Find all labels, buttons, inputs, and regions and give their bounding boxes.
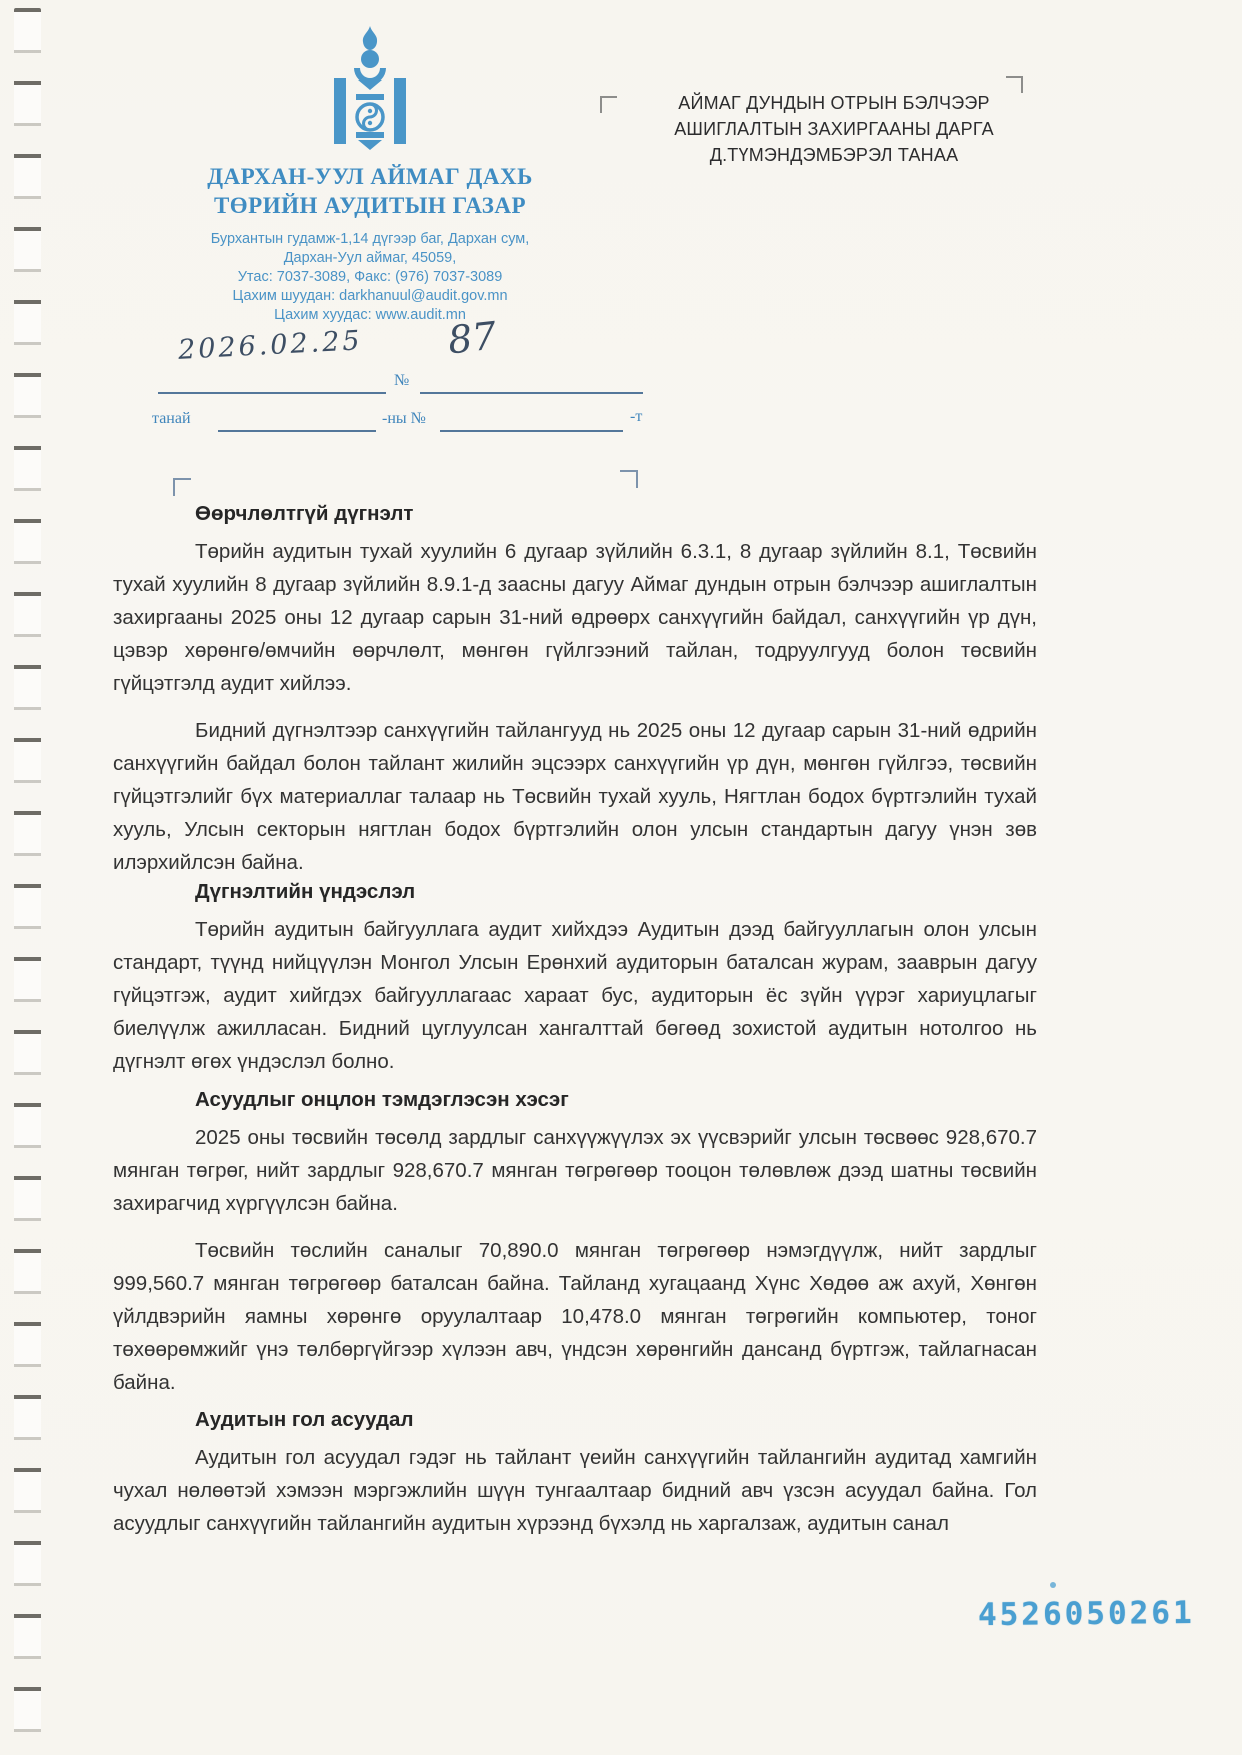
recipient-block: АЙМАГ ДУНДЫН ОТРЫН БЭЛЧЭЭР АШИГЛАЛТЫН ЗА…: [648, 90, 1020, 168]
handwritten-date: 2026.02.25: [177, 325, 363, 366]
org-name: ДАРХАН-УУЛ АЙМАГ ДАХЬ ТӨРИЙН АУДИТЫН ГАЗ…: [150, 162, 590, 220]
recipient-line2: АШИГЛАЛТЫН ЗАХИРГААНЫ ДАРГА: [648, 116, 1020, 142]
paragraph: Төрийн аудитын байгууллага аудит хийхдээ…: [113, 913, 1037, 1078]
window-open-bracket: [173, 478, 191, 496]
org-name-line2: ТӨРИЙН АУДИТЫН ГАЗАР: [150, 191, 590, 220]
your-ref-underline-1: [218, 430, 376, 432]
address-line: Цахим хуудас: www.audit.mn: [150, 306, 590, 325]
section-heading: Асуудлыг онцлон тэмдэглэсэн хэсэг: [195, 1088, 1037, 1112]
address-line: Дархан-Уул аймаг, 45059,: [150, 249, 590, 268]
org-name-line1: ДАРХАН-УУЛ АЙМАГ ДАХЬ: [150, 162, 590, 191]
section-emphasis-of-matter: Асуудлыг онцлон тэмдэглэсэн хэсэг 2025 о…: [113, 1088, 1037, 1413]
serial-number-stamp: 4526050261: [978, 1595, 1195, 1633]
address-line: Цахим шуудан: darkhanuul@audit.gov.mn: [150, 287, 590, 306]
address-line: Утас: 7037-3089, Факс: (976) 7037-3089: [150, 268, 590, 287]
number-underline: [420, 392, 643, 394]
paragraph: 2025 оны төсвийн төсөлд зардлыг санхүүжү…: [113, 1121, 1037, 1220]
section-basis-for-opinion: Дүгнэлтийн үндэслэл Төрийн аудитын байгу…: [113, 880, 1037, 1092]
your-ref-middle: -ны №: [382, 410, 426, 428]
recipient-open-bracket: [600, 96, 617, 113]
your-ref-underline-2: [440, 430, 623, 432]
section-heading: Дүгнэлтийн үндэслэл: [195, 880, 1037, 904]
letterhead: ДАРХАН-УУЛ АЙМАГ ДАХЬ ТӨРИЙН АУДИТЫН ГАЗ…: [150, 26, 590, 325]
section-heading: Аудитын гол асуудал: [195, 1408, 1037, 1432]
your-ref-suffix: -т: [630, 408, 642, 426]
paragraph: Аудитын гол асуудал гэдэг нь тайлант үеи…: [113, 1441, 1037, 1540]
binding-holes: [14, 8, 41, 1743]
paragraph: Бидний дүгнэлтээр санхүүгийн тайлангууд …: [113, 714, 1037, 879]
ink-dot-artifact: [1050, 1582, 1056, 1588]
recipient-line1: АЙМАГ ДУНДЫН ОТРЫН БЭЛЧЭЭР: [648, 90, 1020, 116]
section-heading: Өөрчлөлтгүй дүгнэлт: [195, 502, 1037, 526]
soyombo-emblem-icon: [333, 26, 407, 150]
paragraph: Төсвийн төслийн саналыг 70,890.0 мянган …: [113, 1234, 1037, 1399]
scanned-audit-letter: ДАРХАН-УУЛ АЙМАГ ДАХЬ ТӨРИЙН АУДИТЫН ГАЗ…: [0, 0, 1242, 1755]
handwritten-number: 87: [446, 314, 499, 363]
your-ref-prefix: танай: [152, 410, 191, 428]
org-address: Бурхантын гудамж-1,14 дүгээр баг, Дархан…: [150, 230, 590, 325]
date-underline: [158, 392, 386, 394]
section-key-audit-matters: Аудитын гол асуудал Аудитын гол асуудал …: [113, 1408, 1037, 1554]
recipient-line3: Д.ТҮМЭНДЭМБЭРЭЛ ТАНАА: [648, 142, 1020, 168]
window-close-bracket: [620, 470, 638, 488]
section-unmodified-opinion: Өөрчлөлтгүй дүгнэлт Төрийн аудитын тухай…: [113, 502, 1037, 893]
paragraph: Төрийн аудитын тухай хуулийн 6 дугаар зү…: [113, 535, 1037, 700]
number-sign-label: №: [394, 372, 409, 390]
address-line: Бурхантын гудамж-1,14 дүгээр баг, Дархан…: [150, 230, 590, 249]
